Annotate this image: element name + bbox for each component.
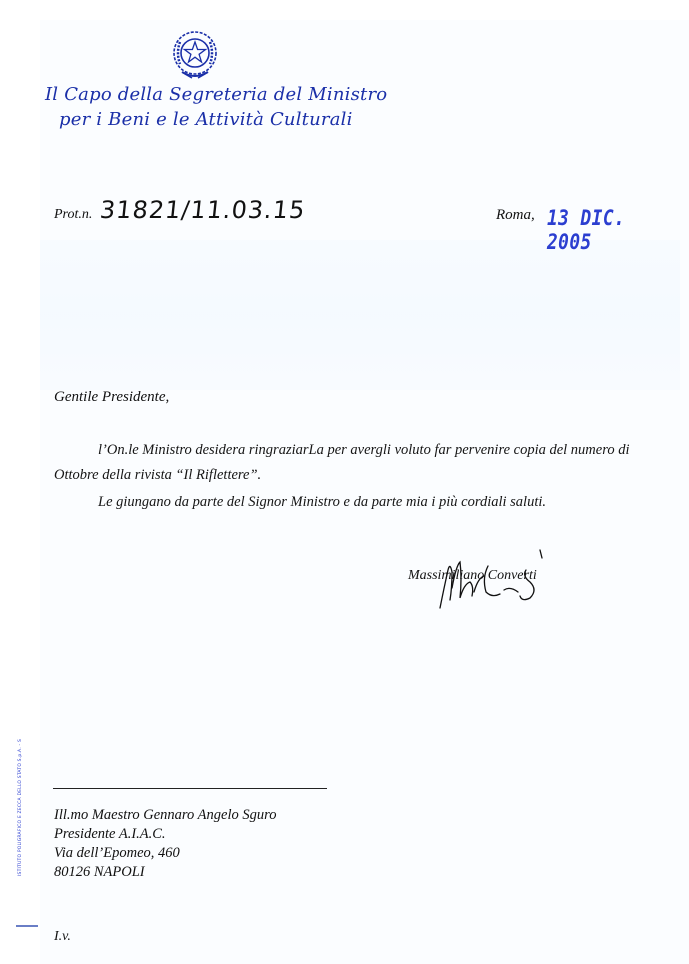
fold-mark bbox=[16, 925, 38, 927]
letterhead-title: Il Capo della Segreteria del Ministro pe… bbox=[45, 82, 387, 132]
place-label: Roma, bbox=[496, 207, 535, 224]
body-paragraph-2: Le giungano da parte del Signor Ministro… bbox=[98, 490, 546, 515]
protocol-number: Prot.n. 31821/11.03.15 bbox=[54, 196, 306, 224]
handwritten-signature-icon bbox=[430, 548, 560, 613]
date-stamp: 13 DIC. 2005 bbox=[547, 206, 668, 254]
recipient-line-city: 80126 NAPOLI bbox=[54, 863, 276, 882]
address-divider bbox=[53, 788, 327, 789]
recipient-line-street: Via dell’Epomeo, 460 bbox=[54, 844, 276, 863]
recipient-line-title: Presidente A.I.A.C. bbox=[54, 825, 276, 844]
recipient-address: Ill.mo Maestro Gennaro Angelo Sguro Pres… bbox=[54, 806, 276, 882]
salutation: Gentile Presidente, bbox=[54, 389, 169, 406]
body-paragraph-1: l’On.le Ministro desidera ringraziarLa p… bbox=[54, 438, 674, 488]
protocol-label: Prot.n. bbox=[54, 207, 92, 223]
scan-background-texture bbox=[40, 240, 680, 390]
letterhead-line-1: Il Capo della Segreteria del Ministro bbox=[45, 82, 387, 107]
protocol-handwritten-number: 31821/11.03.15 bbox=[99, 196, 307, 224]
letterhead-line-2: per i Beni e le Attività Culturali bbox=[45, 107, 387, 132]
place-and-date: Roma, 13 DIC. 2005 bbox=[496, 200, 689, 248]
footer-abbreviation: I.v. bbox=[54, 929, 71, 945]
printer-imprint: ISTITUTO POLIGRAFICO E ZECCA DELLO STATO… bbox=[18, 739, 23, 876]
recipient-line-name: Ill.mo Maestro Gennaro Angelo Sguro bbox=[54, 806, 276, 825]
emblem-icon bbox=[170, 28, 220, 83]
